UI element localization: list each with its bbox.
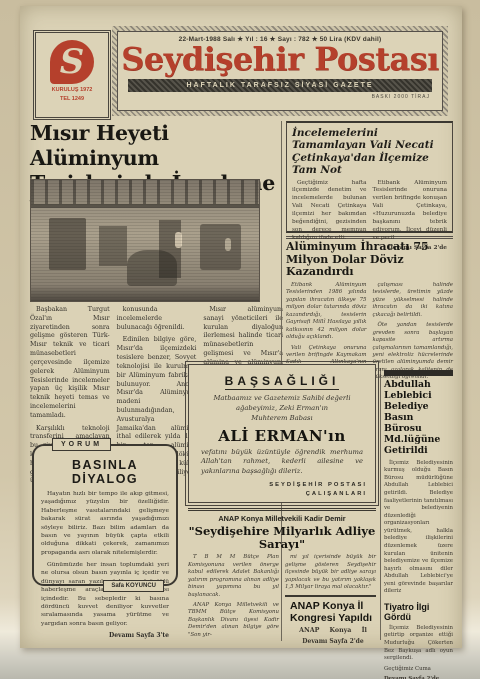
continuation-note: Devamı Sayfa 3'te [41,632,169,639]
lead-headline-line1: Mısır Heyeti Alüminyum [30,121,284,171]
congress-article-title: ANAP Konya İl Kongresi Yapıldı [285,600,376,624]
photo-beam [31,204,259,208]
condolence-box: BAŞSAĞLIĞI Matbaamız ve Gazetemiz Sahibi… [188,364,376,503]
paragraph: mi yıl içerisinde büyük bir gelişme göst… [285,554,376,591]
title-line1: ANAP Konya İl [285,600,376,612]
continuation-note: Devamı Sayfa 2'de [285,638,376,646]
paragraph: Günümüzde her insan toplumdaki yeri ne o… [41,561,169,628]
newspaper-logo-icon: S [50,40,94,84]
condolence-line: Muhterem Babası [197,414,367,424]
paragraph: Hayatın hızlı bir tempo ile akıp gitmesi… [41,490,169,557]
newspaper-subtitle: HAFTALIK TARAFSIZ SİYASİ GAZETE [128,79,432,92]
right-news-column: Abdullah Leblebici Belediye Basın Bürosu… [384,370,453,679]
editorial-box: YORUM BASINLA DİYALOG Hayatın hızlı bir … [32,444,178,586]
condolence-title: BAŞSAĞLIĞI [225,374,340,390]
theatre-article-title: Tiyatro İlgi Gördü [384,602,453,622]
article-column: mi yıl içerisinde büyük bir gelişme göst… [285,554,376,649]
title-line2: Milyon Dolar Döviz Kazandırdı [286,254,453,279]
editorial-title: BASINLA DİYALOG [41,458,169,486]
photo-machinery [200,224,241,270]
press-office-article-title: Abdullah Leblebici Belediye Basın Bürosu… [384,380,453,457]
paragraph: T B M M Bütçe Plan Komisyonuna verilen ö… [188,554,279,599]
newspaper-logo-box: S KURULUŞ 1972 TEL 1249 [33,30,111,120]
print-note: BASKI 2000 TİRAJ [118,94,430,100]
author-byline: Safa KOYUNCU [103,580,164,592]
photo-machinery [49,218,85,270]
condolence-signature: SEYDİŞEHİR POSTASI ÇALIŞANLARI [197,481,367,500]
logo-letter: S [50,41,94,83]
paragraph: Geçtiğimiz Cuma [384,666,453,674]
courthouse-headline: "Seydişehire Milyarlık Adliye Sarayı" [188,525,376,550]
title-line1: Alüminyum İhracatı 75 [286,241,453,254]
vali-article: İncelemelerini Tamamlayan Vali Necati Çe… [286,121,453,233]
paragraph: Etibank Alüminyum Tesislerinden 1986 yıl… [286,282,367,342]
paragraph: konusunda incelemelerde bulunacağı öğren… [117,306,197,332]
paragraph: İlçemiz Belediyesinin getirtip organize … [384,625,453,663]
condolence-body: vefatını büyük üzüntüyle öğrendik merhum… [201,448,363,478]
paragraph: ANAP Konya Milletvekili ve TBMM Bütçe Ko… [188,602,279,639]
section-divider [285,595,376,597]
column-rule [380,368,381,640]
vali-article-title: İncelemelerini Tamamlayan Vali Necati Çe… [292,127,447,177]
editorial-tab-label: YORUM [52,438,111,451]
deceased-name: ALİ ERMAN'ın [197,427,367,445]
paragraph: ANAP Konya İl [285,627,376,636]
photo-worker [175,232,182,248]
photo-machinery [159,220,182,278]
founded-year: KURULUŞ 1972 [36,86,108,95]
column-header-bar [384,370,453,376]
title-line2: Kongresi Yapıldı [285,612,376,624]
photo-ceiling [31,180,259,204]
courthouse-article: ANAP Konya Milletvekili Kadir Demir "Sey… [188,508,376,640]
article-kicker: ANAP Konya Milletvekili Kadir Demir [188,514,376,523]
condolence-line: Matbaamız ve Gazetemiz Sahibi değerli ağ… [197,394,367,414]
paragraph: İlçemiz Belediyesinin kurmuş olduğu Bası… [384,460,453,596]
paragraph: Başbakan Turgut Özal'ın Mısır ziyaretind… [30,306,110,421]
factory-photo [30,179,260,302]
masthead: 22-Mart-1988 Salı ★ Yıl : 16 ★ Sayı : 78… [117,31,443,111]
signature-line2: ÇALIŞANLARI [197,490,367,499]
signature-line1: SEYDİŞEHİR POSTASI [197,481,367,490]
article-column: T B M M Bütçe Plan Komisyonuna verilen ö… [188,554,279,649]
paragraph: Geçtiğimiz hafta ilçemizde denetim ve in… [292,180,367,243]
photo-floor [31,285,259,301]
masthead-frame: 22-Mart-1988 Salı ★ Yıl : 16 ★ Sayı : 78… [112,26,448,116]
photo-worker [225,238,231,251]
export-article-title: Alüminyum İhracatı 75 Milyon Dolar Döviz… [286,241,453,279]
phone-number: TEL 1249 [36,95,108,104]
paragraph: Etibank Alüminyum Tesislerinde onuruna v… [373,180,448,243]
newspaper-title: Seydişehir Postası [118,43,442,77]
photo-machinery [99,226,126,266]
photo-machinery [127,250,177,286]
paragraph: çalışması halinde tesislerde, üretimin y… [373,282,454,319]
